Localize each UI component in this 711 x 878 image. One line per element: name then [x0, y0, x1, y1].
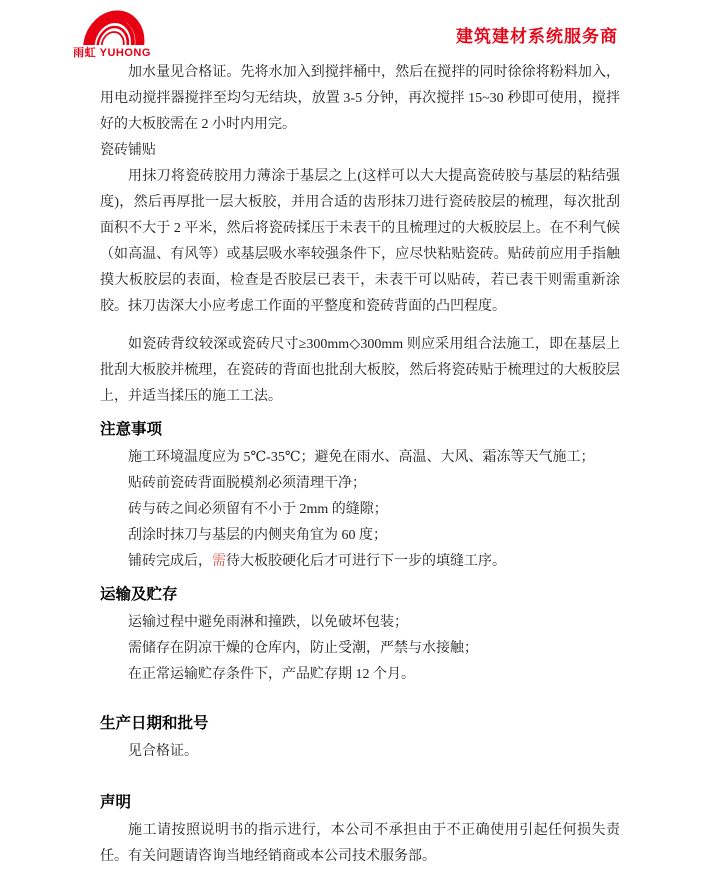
transport-line: 在正常运输贮存条件下，产品贮存期 12 个月。 — [100, 662, 620, 688]
note-line: 刮涂时抹刀与基层的内侧夹角宜为 60 度； — [100, 523, 620, 549]
document-body: 加水量见合格证。先将水加入到搅拌桶中，然后在搅拌的同时徐徐将粉料加入，用电动搅拌… — [100, 60, 620, 870]
batch-text: 见合格证。 — [100, 739, 620, 765]
paragraph-mixing: 加水量见合格证。先将水加入到搅拌桶中，然后在搅拌的同时徐徐将粉料加入，用电动搅拌… — [100, 60, 620, 138]
note-text-after: 待大板胶硬化后才可进行下一步的填缝工序。 — [226, 554, 506, 569]
paragraph-tiling-1: 用抹刀将瓷砖胶用力薄涂于基层之上(这样可以大大提高瓷砖胶与基层的粘结强度)，然后… — [100, 164, 620, 320]
note-line: 施工环境温度应为 5℃-35℃；避免在雨水、高温、大风、霜冻等天气施工； — [100, 445, 620, 471]
yuhong-logo: 雨虹 YUHONG — [72, 4, 152, 59]
section-heading-statement: 声明 — [100, 793, 620, 813]
header-slogan: 建筑建材系统服务商 — [456, 22, 618, 47]
highlighted-character: 需 — [212, 554, 226, 569]
note-line: 砖与砖之间必须留有不小于 2mm 的缝隙； — [100, 497, 620, 523]
paragraph-statement: 施工请按照说明书的指示进行，本公司不承担由于不正确使用引起任何损失责任。有关问题… — [100, 818, 620, 870]
subheading-tiling: 瓷砖铺贴 — [100, 138, 620, 164]
transport-line: 需储存在阴凉干燥的仓库内，防止受潮，严禁与水接触； — [100, 636, 620, 662]
paragraph-tiling-2: 如瓷砖背纹较深或瓷砖尺寸≥300mm◇300mm 则应采用组合法施工，即在基层上… — [100, 332, 620, 410]
note-line: 贴砖前瓷砖背面脱模剂必须清理干净； — [100, 471, 620, 497]
section-heading-transport: 运输及贮存 — [100, 585, 620, 605]
note-text-before: 铺砖完成后， — [128, 554, 212, 569]
page-header: 雨虹 YUHONG 建筑建材系统服务商 — [0, 0, 711, 58]
transport-line: 运输过程中避免雨淋和撞跌，以免破坏包装； — [100, 610, 620, 636]
section-heading-notes: 注意事项 — [100, 420, 620, 440]
document-page: 雨虹 YUHONG 建筑建材系统服务商 加水量见合格证。先将水加入到搅拌桶中，然… — [0, 0, 711, 878]
section-heading-batch: 生产日期和批号 — [100, 714, 620, 734]
logo-wordmark: 雨虹 YUHONG — [72, 48, 152, 59]
rainbow-arch-icon — [72, 4, 152, 48]
note-line-highlighted: 铺砖完成后，需待大板胶硬化后才可进行下一步的填缝工序。 — [100, 549, 620, 575]
